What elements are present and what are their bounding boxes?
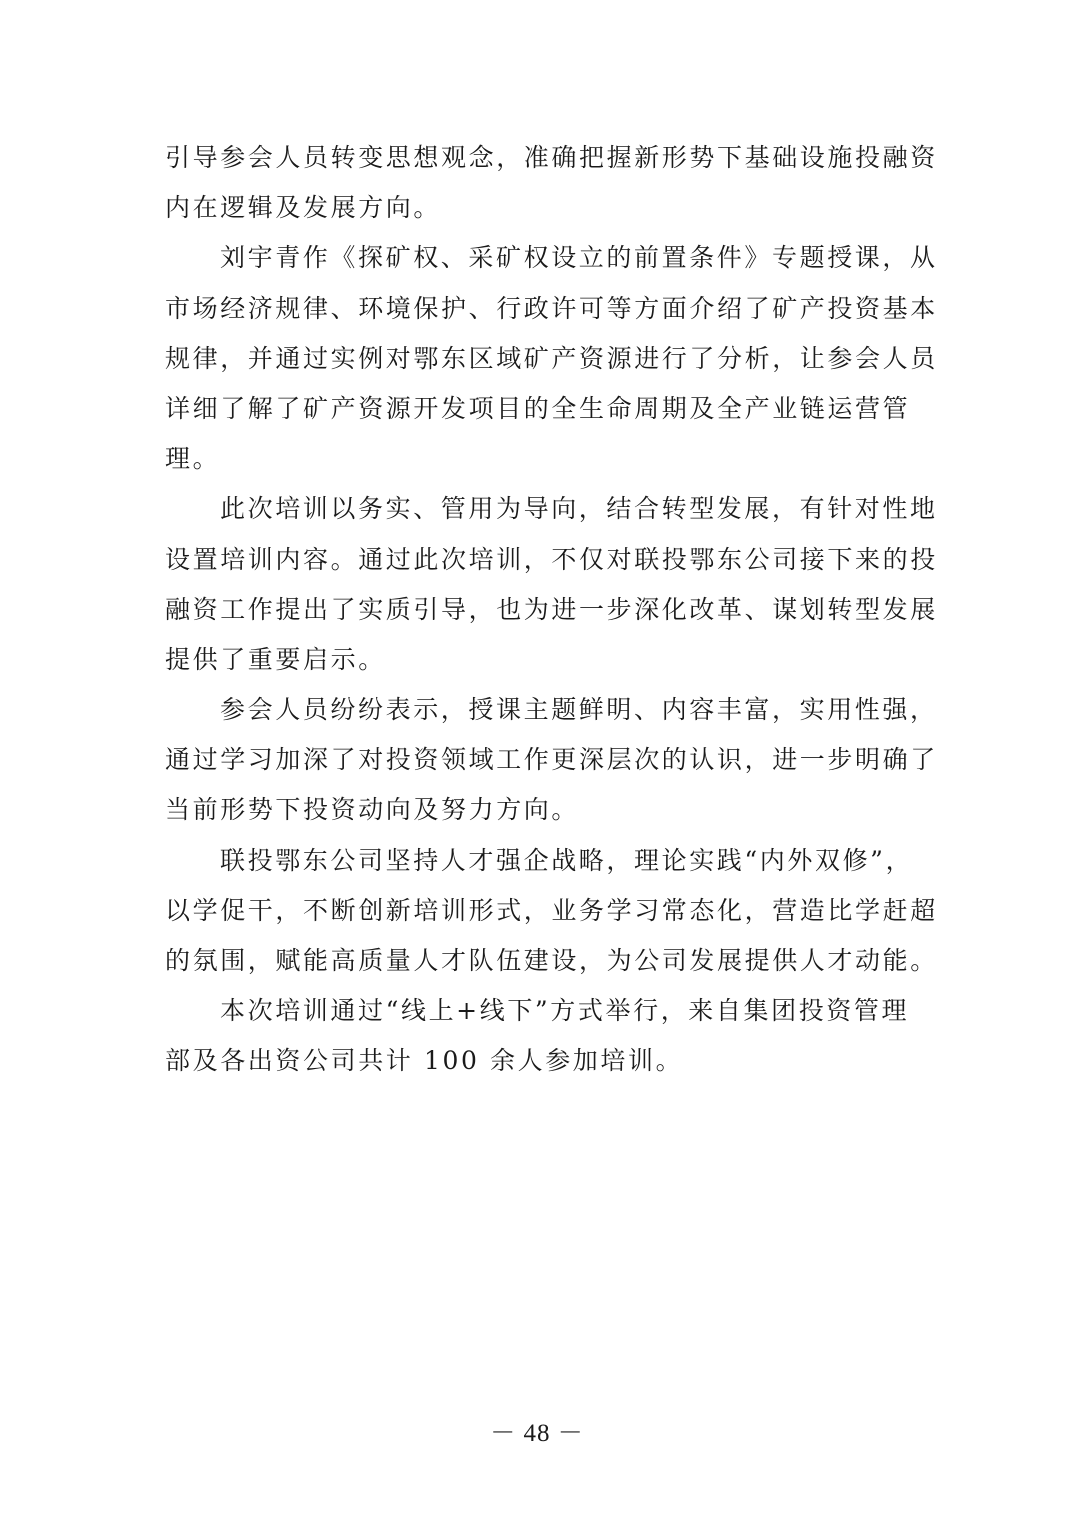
text-line: 以学促干，不断创新培训形式，业务学习常态化，营造比学赶超 [165, 886, 915, 936]
text-line: 市场经济规律、环境保护、行政许可等方面介绍了矿产投资基本 [165, 284, 915, 334]
text-line: 规律，并通过实例对鄂东区域矿产资源进行了分析，让参会人员 [165, 334, 915, 384]
paragraph-6: 本次培训通过“线上+线下”方式举行，来自集团投资管理 部及各出资公司共计 100… [165, 986, 915, 1086]
text-line: 提供了重要启示。 [165, 635, 915, 685]
paragraph-4: 参会人员纷纷表示，授课主题鲜明、内容丰富，实用性强， 通过学习加深了对投资领域工… [165, 685, 915, 836]
text-line: 内在逻辑及发展方向。 [165, 183, 915, 233]
text-line: 部及各出资公司共计 100 余人参加培训。 [165, 1036, 915, 1086]
paragraph-3: 此次培训以务实、管用为导向，结合转型发展，有针对性地 设置培训内容。通过此次培训… [165, 484, 915, 685]
text-line: 联投鄂东公司坚持人才强企战略，理论实践“内外双修”， [165, 836, 915, 886]
page-number: － 48 － [0, 1413, 1074, 1449]
text-line: 理。 [165, 434, 915, 484]
text-line: 融资工作提出了实质引导，也为进一步深化改革、谋划转型发展 [165, 585, 915, 635]
document-page: 引导参会人员转变思想观念，准确把握新形势下基础设施投融资 内在逻辑及发展方向。 … [0, 0, 1074, 1520]
text-line: 当前形势下投资动向及努力方向。 [165, 785, 915, 835]
text-line: 此次培训以务实、管用为导向，结合转型发展，有针对性地 [165, 484, 915, 534]
text-line: 通过学习加深了对投资领域工作更深层次的认识，进一步明确了 [165, 735, 915, 785]
text-line: 引导参会人员转变思想观念，准确把握新形势下基础设施投融资 [165, 133, 915, 183]
text-line: 设置培训内容。通过此次培训，不仅对联投鄂东公司接下来的投 [165, 535, 915, 585]
paragraph-5: 联投鄂东公司坚持人才强企战略，理论实践“内外双修”， 以学促干，不断创新培训形式… [165, 836, 915, 987]
text-line: 刘宇青作《探矿权、采矿权设立的前置条件》专题授课，从 [165, 233, 915, 283]
body-text: 引导参会人员转变思想观念，准确把握新形势下基础设施投融资 内在逻辑及发展方向。 … [165, 133, 915, 1087]
text-line: 参会人员纷纷表示，授课主题鲜明、内容丰富，实用性强， [165, 685, 915, 735]
text-line: 的氛围，赋能高质量人才队伍建设，为公司发展提供人才动能。 [165, 936, 915, 986]
text-line: 详细了解了矿产资源开发项目的全生命周期及全产业链运营管 [165, 384, 915, 434]
paragraph-2: 刘宇青作《探矿权、采矿权设立的前置条件》专题授课，从 市场经济规律、环境保护、行… [165, 233, 915, 484]
paragraph-1: 引导参会人员转变思想观念，准确把握新形势下基础设施投融资 内在逻辑及发展方向。 [165, 133, 915, 233]
text-line: 本次培训通过“线上+线下”方式举行，来自集团投资管理 [165, 986, 915, 1036]
